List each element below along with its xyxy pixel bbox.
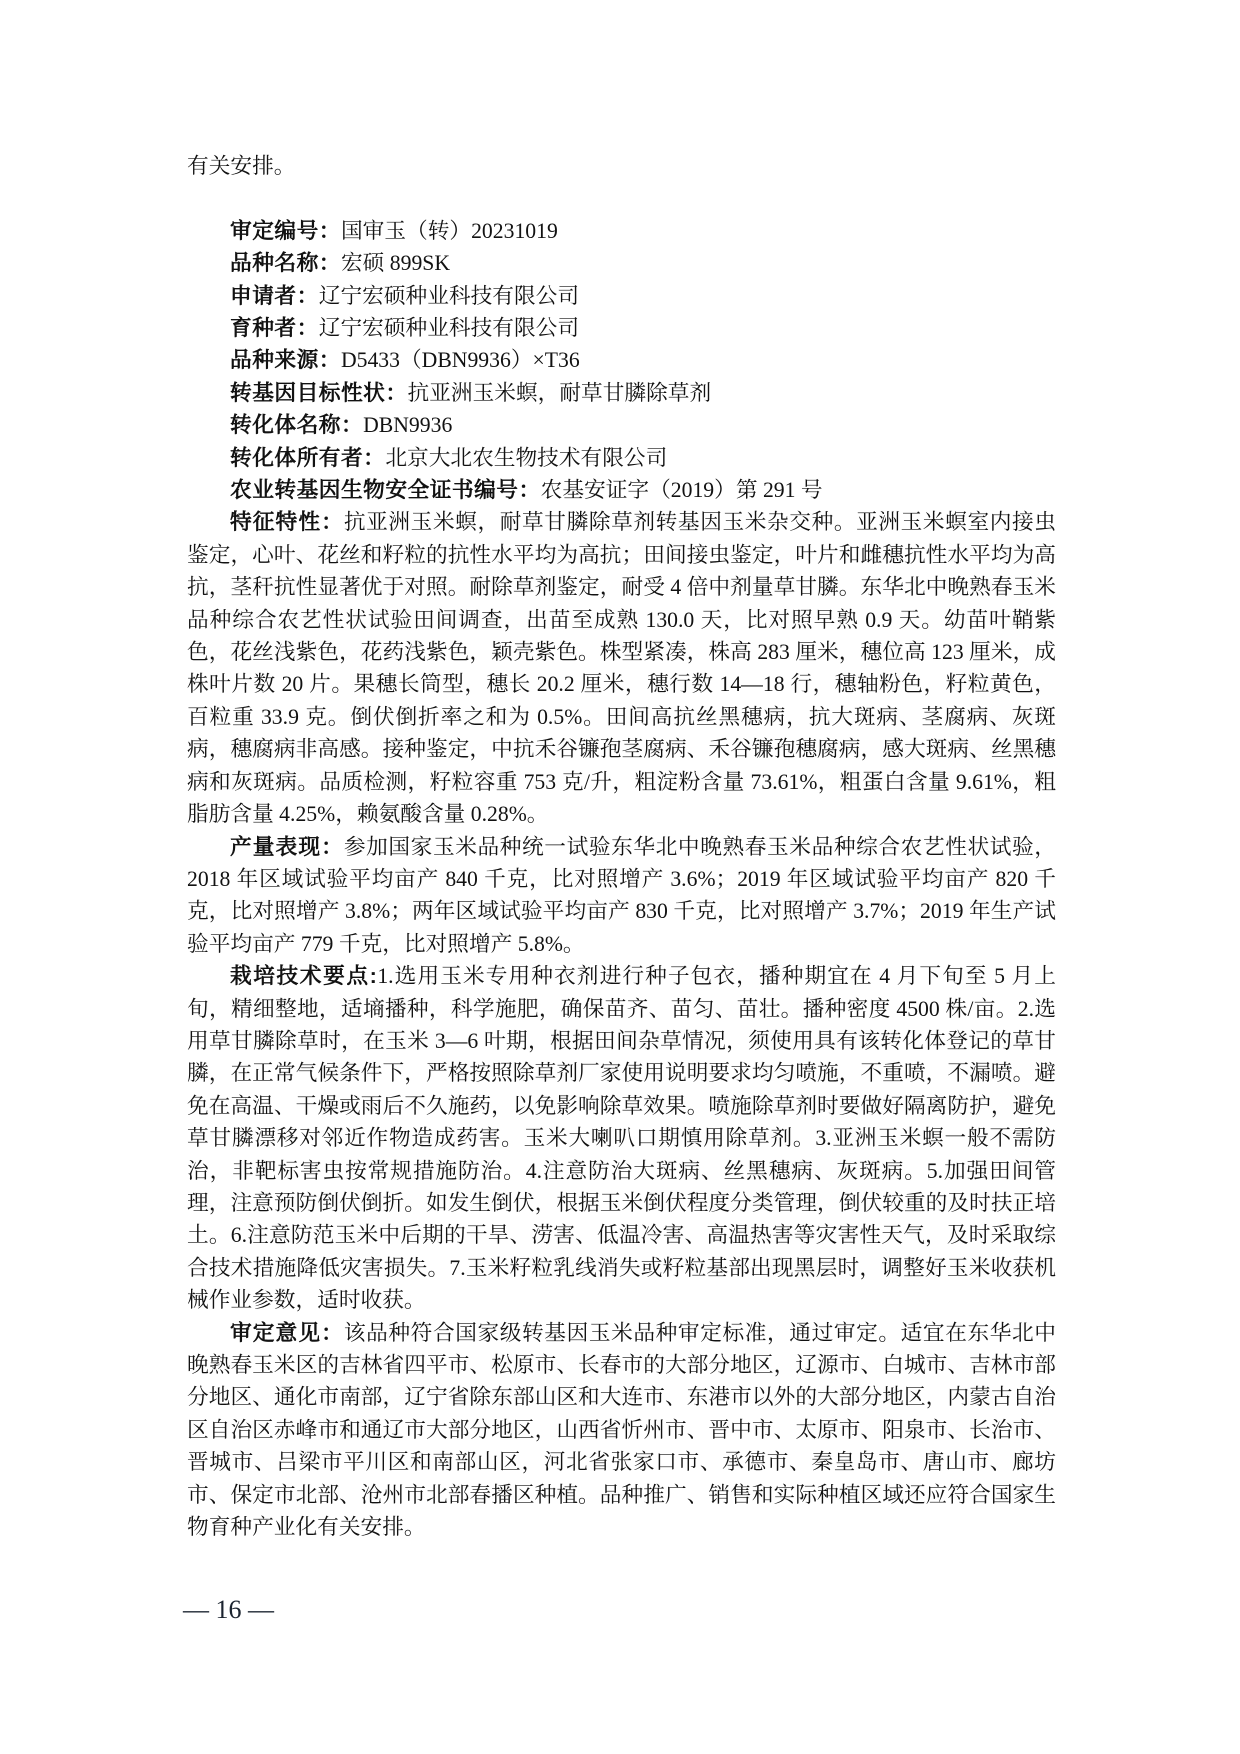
intro-line: 有关安排。 (187, 150, 1056, 182)
field-label: 品种名称： (230, 250, 341, 275)
field-biosafety-certificate-number: 农业转基因生物安全证书编号：农基安证字（2019）第 291 号 (187, 474, 1056, 506)
field-label: 品种来源： (230, 347, 341, 372)
field-transformation-event-name: 转化体名称：DBN9936 (187, 409, 1056, 441)
field-value: 辽宁宏硕种业科技有限公司 (319, 316, 579, 340)
para-characteristics: 特征特性：抗亚洲玉米螟，耐草甘膦除草剂转基因玉米杂交种。亚洲玉米螟室内接虫鉴定，… (187, 506, 1056, 830)
field-value: D5433（DBN9936）×T36 (341, 348, 580, 372)
field-value: 辽宁宏硕种业科技有限公司 (319, 284, 579, 308)
field-value: DBN9936 (363, 413, 452, 437)
field-label: 审定编号： (230, 218, 341, 243)
field-gm-target-trait: 转基因目标性状：抗亚洲玉米螟，耐草甘膦除草剂 (187, 377, 1056, 409)
para-text: 该品种符合国家级转基因玉米品种审定标准，通过审定。适宜在东华北中晚熟春玉米区的吉… (187, 1321, 1056, 1539)
field-variety-name: 品种名称：宏硕 899SK (187, 247, 1056, 279)
field-value: 抗亚洲玉米螟，耐草甘膦除草剂 (408, 381, 712, 405)
field-applicant: 申请者：辽宁宏硕种业科技有限公司 (187, 280, 1056, 312)
field-label: 申请者： (230, 283, 319, 308)
field-label: 转化体所有者： (230, 445, 385, 470)
field-value: 宏硕 899SK (341, 251, 450, 275)
field-label: 转基因目标性状： (230, 380, 408, 405)
field-certification-number: 审定编号：国审玉（转）20231019 (187, 215, 1056, 247)
para-label: 产量表现： (230, 834, 344, 859)
para-yield-performance: 产量表现：参加国家玉米品种统一试验东华北中晚熟春玉米品种综合农艺性状试验，201… (187, 831, 1056, 961)
para-cultivation-techniques: 栽培技术要点:1.选用玉米专用种衣剂进行种子包衣，播种期宜在 4 月下旬至 5 … (187, 960, 1056, 1316)
document-page: 有关安排。 审定编号：国审玉（转）20231019 品种名称：宏硕 899SK … (0, 0, 1240, 1754)
document-body: 有关安排。 审定编号：国审玉（转）20231019 品种名称：宏硕 899SK … (187, 150, 1056, 1543)
para-text: 抗亚洲玉米螟，耐草甘膦除草剂转基因玉米杂交种。亚洲玉米螟室内接虫鉴定，心叶、花丝… (187, 510, 1056, 826)
field-value: 农基安证字（2019）第 291 号 (541, 478, 823, 502)
field-breeder: 育种者：辽宁宏硕种业科技有限公司 (187, 312, 1056, 344)
para-label: 特征特性： (230, 509, 344, 534)
para-label: 栽培技术要点: (230, 963, 377, 988)
field-variety-origin: 品种来源：D5433（DBN9936）×T36 (187, 344, 1056, 376)
para-text: 1.选用玉米专用种衣剂进行种子包衣，播种期宜在 4 月下旬至 5 月上旬，精细整… (187, 964, 1056, 1312)
field-value: 国审玉（转）20231019 (341, 219, 558, 243)
field-label: 农业转基因生物安全证书编号： (230, 477, 541, 502)
field-label: 转化体名称： (230, 412, 363, 437)
field-label: 育种者： (230, 315, 319, 340)
para-label: 审定意见： (230, 1320, 344, 1345)
para-approval-opinion: 审定意见：该品种符合国家级转基因玉米品种审定标准，通过审定。适宜在东华北中晚熟春… (187, 1317, 1056, 1544)
field-transformation-event-owner: 转化体所有者：北京大北农生物技术有限公司 (187, 442, 1056, 474)
page-number: — 16 — (183, 1593, 274, 1627)
field-value: 北京大北农生物技术有限公司 (385, 446, 667, 470)
